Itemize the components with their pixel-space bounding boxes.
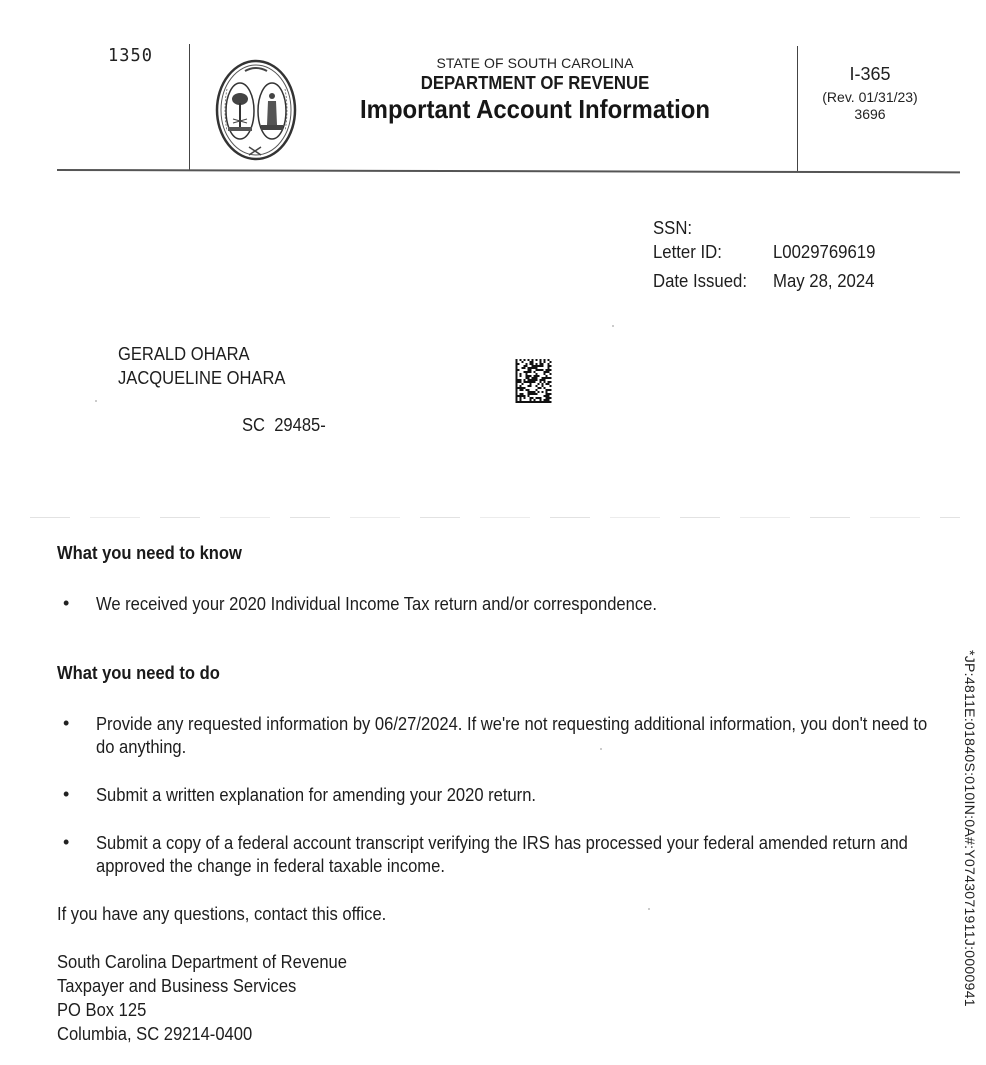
section-heading-know: What you need to know — [57, 543, 242, 564]
return-address-line-3: PO Box 125 — [57, 998, 146, 1022]
side-tracking-code: *JP:4811E:01840S:010IN:0A#:Y0743071911J:… — [962, 650, 978, 1007]
contact-note: If you have any questions, contact this … — [57, 902, 386, 926]
letter-id-label: Letter ID: — [653, 242, 722, 263]
do-item-2: Submit a written explanation for amendin… — [96, 784, 940, 807]
header-state: STATE OF SOUTH CAROLINA — [360, 55, 710, 71]
return-address-line-1: South Carolina Department of Revenue — [57, 950, 347, 974]
bullet-glyph: • — [63, 784, 69, 805]
bullet-glyph: • — [63, 832, 69, 853]
header-department: DEPARTMENT OF REVENUE — [372, 73, 698, 94]
section-heading-do: What you need to do — [57, 663, 220, 684]
letter-id-value: L0029769619 — [773, 242, 875, 263]
scan-speck — [648, 908, 650, 910]
know-item-1: We received your 2020 Individual Income … — [96, 593, 924, 616]
recipient-name-2: JACQUELINE OHARA — [118, 368, 285, 389]
bullet-glyph: • — [63, 593, 69, 614]
scan-speck — [612, 325, 614, 327]
datamatrix-barcode-icon — [515, 359, 552, 403]
recipient-city-state-zip: SC 29485- — [242, 415, 326, 436]
do-item-1: Provide any requested information by 06/… — [96, 713, 940, 759]
ssn-label: SSN: — [653, 218, 692, 239]
page-number: 1350 — [108, 46, 153, 67]
form-id: I-365 — [800, 64, 940, 85]
return-address-line-4: Columbia, SC 29214-0400 — [57, 1022, 252, 1046]
form-code: 3696 — [800, 106, 940, 122]
scan-speck — [600, 748, 602, 750]
header-divider-left — [189, 44, 190, 170]
form-revision: (Rev. 01/31/23) — [800, 89, 940, 105]
scan-speck — [95, 400, 97, 402]
date-issued-label: Date Issued: — [653, 271, 747, 292]
page-title: Important Account Information — [346, 94, 723, 125]
bullet-glyph: • — [63, 713, 69, 734]
do-item-3: Submit a copy of a federal account trans… — [96, 832, 940, 878]
return-address-line-2: Taxpayer and Business Services — [57, 974, 296, 998]
header-rule — [57, 169, 960, 173]
state-seal-icon — [215, 59, 297, 161]
fold-line — [30, 517, 960, 518]
date-issued-value: May 28, 2024 — [773, 271, 874, 292]
header-divider-right — [797, 46, 798, 172]
recipient-name-1: GERALD OHARA — [118, 344, 250, 365]
